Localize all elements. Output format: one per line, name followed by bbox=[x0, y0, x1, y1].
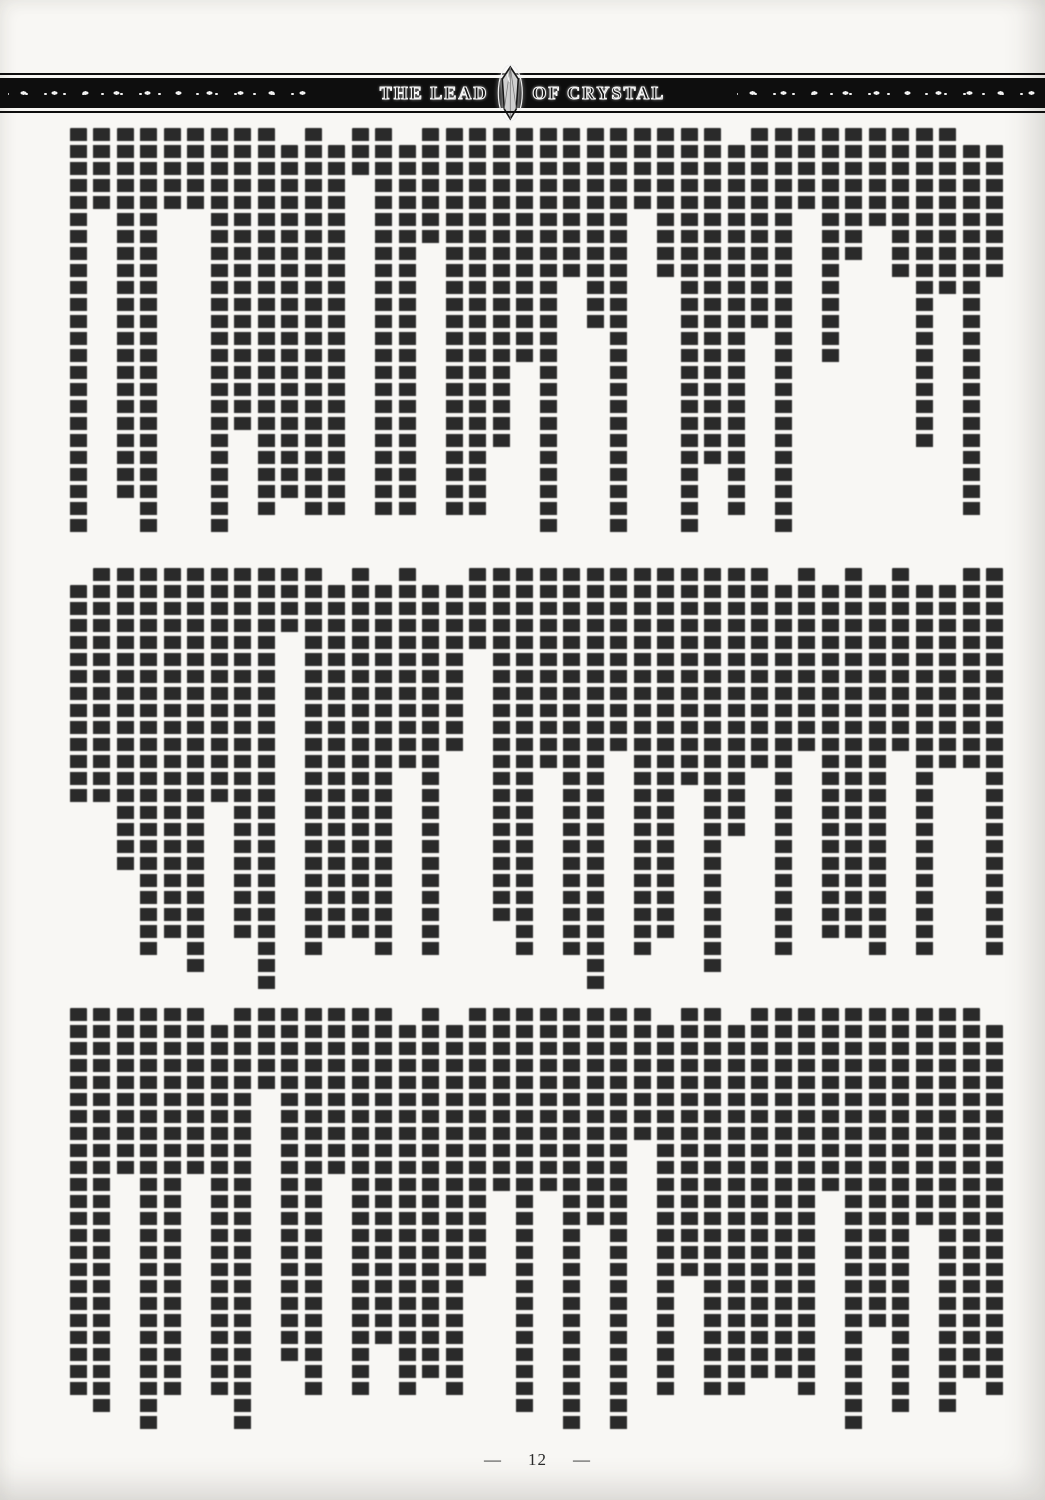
text-band-1 bbox=[69, 128, 1003, 570]
redacted-text-column bbox=[869, 585, 886, 959]
page-number-dash-left: — bbox=[484, 1450, 502, 1470]
redacted-text-column bbox=[657, 128, 674, 281]
redacted-text-column bbox=[704, 128, 721, 468]
redacted-text-column bbox=[211, 568, 228, 806]
redacted-text-column bbox=[328, 145, 345, 519]
redacted-text-column bbox=[798, 568, 815, 755]
redacted-text-column bbox=[751, 128, 768, 332]
redacted-text-column bbox=[375, 1008, 392, 1348]
redacted-text-column bbox=[681, 128, 698, 536]
banner-dots-right bbox=[737, 78, 1037, 108]
title-banner: THE LEAD OF CRYSTAL bbox=[0, 78, 1045, 108]
redacted-text-column bbox=[822, 585, 839, 942]
redacted-text-column bbox=[446, 128, 463, 519]
redacted-text-column bbox=[516, 128, 533, 366]
redacted-text-column bbox=[681, 568, 698, 789]
redacted-text-column bbox=[117, 128, 134, 502]
redacted-text-column bbox=[798, 1008, 815, 1399]
crystal-gem-icon bbox=[497, 64, 523, 122]
redacted-text-column bbox=[775, 128, 792, 536]
redacted-text-column bbox=[164, 1008, 181, 1399]
redacted-text-column bbox=[117, 1008, 134, 1178]
redacted-text-column bbox=[540, 1008, 557, 1195]
redacted-text-column bbox=[563, 128, 580, 281]
redacted-text-column bbox=[234, 1008, 251, 1433]
redacted-text-column bbox=[775, 585, 792, 959]
redacted-text-column bbox=[140, 1008, 157, 1433]
text-band-2 bbox=[69, 568, 1003, 1010]
redacted-text-column bbox=[516, 568, 533, 959]
redacted-text-column bbox=[610, 128, 627, 536]
redacted-text-column bbox=[258, 568, 275, 993]
redacted-text-column bbox=[352, 568, 369, 942]
redacted-text-column bbox=[258, 1008, 275, 1093]
redacted-text-column bbox=[187, 1008, 204, 1178]
redacted-text-column bbox=[986, 1025, 1003, 1399]
redacted-text-column bbox=[446, 1025, 463, 1399]
redacted-text-column bbox=[540, 568, 557, 772]
redacted-text-column bbox=[728, 145, 745, 519]
redacted-text-column bbox=[845, 568, 862, 942]
redacted-text-column bbox=[892, 1008, 909, 1416]
redacted-text-column bbox=[845, 1008, 862, 1433]
redacted-text-column bbox=[352, 128, 369, 179]
page-number: 12 bbox=[528, 1450, 547, 1470]
redacted-text-column bbox=[164, 128, 181, 213]
redacted-text-column bbox=[422, 128, 439, 247]
redacted-text-column bbox=[328, 585, 345, 942]
redacted-text-column bbox=[634, 1008, 651, 1144]
redacted-text-column bbox=[634, 128, 651, 213]
redacted-text-column bbox=[986, 145, 1003, 281]
text-band-3 bbox=[69, 1008, 1003, 1450]
redacted-text-column bbox=[281, 1008, 298, 1365]
banner-dots-left bbox=[8, 78, 308, 108]
redacted-text-column bbox=[469, 128, 486, 519]
page-number-dash-right: — bbox=[573, 1450, 591, 1470]
redacted-text-column bbox=[70, 585, 87, 806]
redacted-text-column bbox=[211, 128, 228, 536]
redacted-text-column bbox=[70, 1008, 87, 1399]
redacted-text-column bbox=[493, 1008, 510, 1195]
redacted-text-column bbox=[140, 128, 157, 536]
redacted-text-column bbox=[892, 568, 909, 755]
redacted-text-column bbox=[328, 1008, 345, 1178]
redacted-text-column bbox=[587, 128, 604, 332]
redacted-text-column bbox=[869, 128, 886, 230]
redacted-text-column bbox=[187, 128, 204, 213]
redacted-text-column bbox=[234, 128, 251, 434]
redacted-text-column bbox=[93, 128, 110, 213]
redacted-text-column bbox=[305, 128, 322, 519]
redacted-text-column bbox=[399, 1025, 416, 1399]
redacted-text-column bbox=[845, 128, 862, 264]
redacted-text-column bbox=[211, 1025, 228, 1399]
redacted-text-column bbox=[704, 1008, 721, 1399]
redacted-text-column bbox=[493, 128, 510, 451]
redacted-text-column bbox=[70, 128, 87, 536]
redacted-text-column bbox=[281, 145, 298, 502]
redacted-text-column bbox=[939, 1008, 956, 1416]
redacted-text-column bbox=[963, 568, 980, 772]
banner-title-left-text: THE LEAD bbox=[380, 83, 489, 104]
redacted-text-column bbox=[469, 568, 486, 653]
redacted-text-column bbox=[587, 568, 604, 993]
redacted-text-column bbox=[187, 568, 204, 976]
redacted-text-column bbox=[375, 128, 392, 519]
redacted-text-column bbox=[446, 585, 463, 755]
redacted-text-column bbox=[681, 1008, 698, 1280]
redacted-text-column bbox=[728, 568, 745, 840]
banner-title: THE LEAD OF CRYSTAL bbox=[380, 64, 665, 122]
redacted-text-column bbox=[704, 568, 721, 976]
redacted-text-column bbox=[93, 568, 110, 806]
banner-title-right-text: OF CRYSTAL bbox=[532, 83, 665, 104]
redacted-text-column bbox=[751, 568, 768, 772]
redacted-text-column bbox=[563, 568, 580, 959]
redacted-text-column bbox=[281, 568, 298, 636]
redacted-text-column bbox=[634, 568, 651, 959]
page-number-footer: — 12 — bbox=[30, 1450, 1045, 1470]
redacted-text-column bbox=[939, 128, 956, 298]
redacted-text-column bbox=[798, 128, 815, 213]
redacted-text-column bbox=[493, 568, 510, 925]
redacted-text-column bbox=[775, 1008, 792, 1382]
redacted-text-column bbox=[399, 568, 416, 772]
redacted-text-column bbox=[986, 568, 1003, 959]
redacted-text-column bbox=[516, 1008, 533, 1416]
redacted-text-column bbox=[352, 1008, 369, 1399]
redacted-text-column bbox=[399, 145, 416, 519]
redacted-text-column bbox=[728, 1025, 745, 1399]
redacted-text-column bbox=[305, 568, 322, 959]
redacted-text-column bbox=[892, 128, 909, 281]
redacted-text-column bbox=[234, 568, 251, 942]
redacted-text-column bbox=[164, 568, 181, 942]
redacted-text-column bbox=[822, 1008, 839, 1195]
redacted-text-column bbox=[258, 128, 275, 519]
redacted-text-column bbox=[117, 568, 134, 874]
redacted-text-column bbox=[610, 568, 627, 755]
redacted-text-column bbox=[869, 1008, 886, 1331]
scanned-doujin-page: THE LEAD OF CRYSTAL — 12 — bbox=[0, 0, 1045, 1500]
redacted-text-column bbox=[469, 1008, 486, 1280]
redacted-text-column bbox=[610, 1008, 627, 1433]
redacted-text-column bbox=[963, 145, 980, 519]
redacted-text-column bbox=[916, 1008, 933, 1229]
redacted-text-column bbox=[587, 1008, 604, 1229]
redacted-text-column bbox=[916, 585, 933, 959]
redacted-text-column bbox=[657, 568, 674, 942]
redacted-text-column bbox=[93, 1008, 110, 1416]
redacted-text-column bbox=[140, 568, 157, 959]
redacted-text-column bbox=[916, 128, 933, 451]
redacted-text-column bbox=[939, 585, 956, 772]
redacted-text-column bbox=[540, 128, 557, 536]
redacted-text-column bbox=[422, 1008, 439, 1382]
redacted-text-column bbox=[751, 1008, 768, 1382]
redacted-text-column bbox=[422, 585, 439, 959]
redacted-text-column bbox=[822, 128, 839, 366]
redacted-text-column bbox=[305, 1008, 322, 1399]
redacted-text-column bbox=[375, 585, 392, 959]
redacted-text-column bbox=[563, 1008, 580, 1433]
redacted-text-column bbox=[963, 1008, 980, 1382]
redacted-text-column bbox=[657, 1025, 674, 1399]
